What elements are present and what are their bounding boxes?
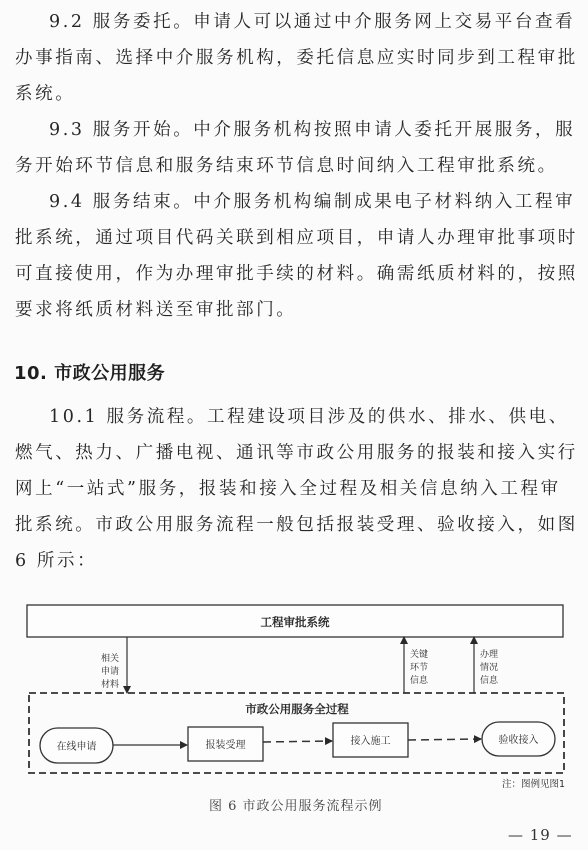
arrow-label-line: 申请 [101,665,119,677]
step-label: 接入施工 [351,734,391,747]
approval-system-box: 工程审批系统 [27,605,563,637]
step-label: 报装受理 [206,738,246,751]
step-label: 验收接入 [499,733,539,746]
step-online-application: 在线申请 [40,728,113,763]
arrow-label-line: 信息 [410,674,429,686]
step-label: 在线申请 [57,740,97,753]
flow-arrow-dashed [408,739,481,740]
figure-note: 注：图例见图1 [502,778,565,790]
arrow-label-line: 相关 [101,652,119,664]
up-arrow-key-step-info: 关键 环节 信息 [404,637,429,693]
flow-arrow-dashed [263,741,332,742]
arrow-label-line: 关键 [410,648,428,660]
step-acceptance-connection: 验收接入 [482,722,555,756]
arrow-label-line: 办理 [480,648,498,660]
arrow-label-line: 环节 [410,661,428,673]
page-number: — 19 — [508,826,573,844]
up-arrow-handling-status-info: 办理 情况 信息 [474,637,499,693]
arrow-label-line: 信息 [480,674,499,686]
figure-caption: 图 6 市政公用服务流程示例 [209,795,383,814]
step-connection-construction: 接入施工 [333,723,408,757]
arrow-label-line: 材料 [101,678,119,690]
flow-diagram: 工程审批系统 相关 申请 材料 关键 环节 信息 办理 情况 信息 市政公用服务… [0,0,588,850]
approval-system-label: 工程审批系统 [261,615,330,629]
down-arrow-application-materials: 相关 申请 材料 [101,637,127,693]
arrow-label-line: 情况 [480,661,498,673]
step-application-acceptance: 报装受理 [188,727,263,761]
process-title: 市政公用服务全过程 [245,702,349,716]
